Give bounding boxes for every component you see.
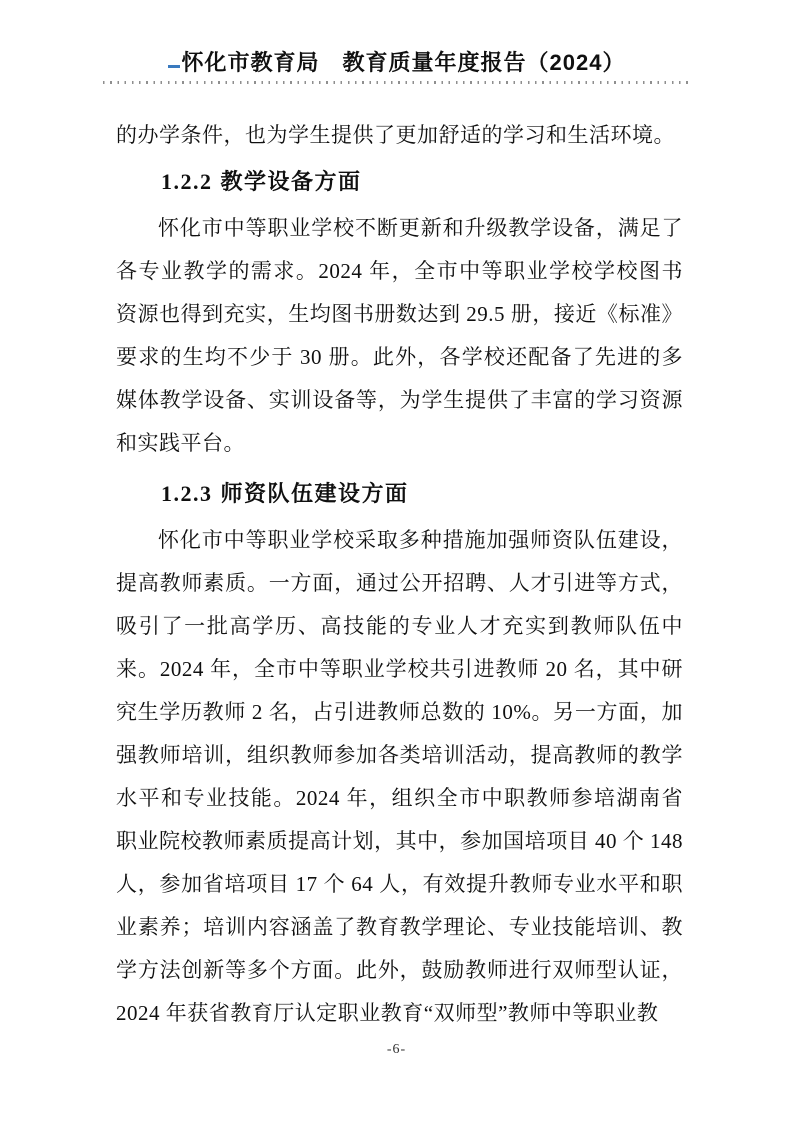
paragraph-line: 职业院校教师素质提高计划，其中，参加国培项目 40 个 148 [116, 820, 683, 863]
document-body: 的办学条件，也为学生提供了更加舒适的学习和生活环境。 1.2.2教学设备方面 怀… [116, 112, 683, 1035]
paragraph-line: 的办学条件，也为学生提供了更加舒适的学习和生活环境。 [116, 114, 683, 157]
page-number: -6- [387, 1042, 406, 1057]
paragraph-line: 要求的生均不少于 30 册。此外，各学校还配备了先进的多 [116, 336, 683, 379]
document-page: 怀化市教育局 教育质量年度报告（2024） 的办学条件，也为学生提供了更加舒适的… [0, 0, 793, 1122]
paragraph-line: 和实践平台。 [116, 422, 683, 465]
paragraph-line: 资源也得到充实，生均图书册数达到 29.5 册，接近《标准》 [116, 293, 683, 336]
paragraph-line: 怀化市中等职业学校采取多种措施加强师资队伍建设， [116, 519, 683, 562]
section-heading-1-2-3: 1.2.3师资队伍建设方面 [116, 471, 683, 517]
paragraph-continuation: 的办学条件，也为学生提供了更加舒适的学习和生活环境。 [116, 114, 683, 157]
paragraph-line: 怀化市中等职业学校不断更新和升级教学设备，满足了 [116, 207, 683, 250]
paragraph-line: 提高教师素质。一方面，通过公开招聘、人才引进等方式， [116, 562, 683, 605]
paragraph-line: 媒体教学设备、实训设备等，为学生提供了丰富的学习资源 [116, 379, 683, 422]
paragraph-line: 各专业教学的需求。2024 年，全市中等职业学校学校图书 [116, 250, 683, 293]
paragraph-line: 水平和专业技能。2024 年，组织全市中职教师参培湖南省 [116, 777, 683, 820]
section-heading-1-2-2: 1.2.2教学设备方面 [116, 159, 683, 205]
paragraph-line: 来。2024 年，全市中等职业学校共引进教师 20 名，其中研 [116, 648, 683, 691]
heading-title: 师资队伍建设方面 [221, 481, 409, 506]
paragraph-line: 人，参加省培项目 17 个 64 人，有效提升教师专业水平和职 [116, 863, 683, 906]
proofing-underline-mark [168, 65, 180, 68]
header-title: 怀化市教育局 教育质量年度报告（2024） [182, 50, 626, 75]
paragraph-line: 2024 年获省教育厅认定职业教育“双师型”教师中等职业教 [116, 992, 683, 1035]
paragraph-teaching-equipment: 怀化市中等职业学校不断更新和升级教学设备，满足了 各专业教学的需求。2024 年… [116, 207, 683, 465]
header-divider-rule [103, 81, 692, 84]
paragraph-teacher-workforce: 怀化市中等职业学校采取多种措施加强师资队伍建设， 提高教师素质。一方面，通过公开… [116, 519, 683, 1035]
paragraph-line: 学方法创新等多个方面。此外，鼓励教师进行双师型认证， [116, 949, 683, 992]
heading-number: 1.2.3 [161, 481, 213, 506]
heading-title: 教学设备方面 [221, 169, 362, 194]
page-footer: -6- [0, 1042, 793, 1058]
paragraph-line: 究生学历教师 2 名，占引进教师总数的 10%。另一方面，加 [116, 691, 683, 734]
heading-number: 1.2.2 [161, 169, 213, 194]
paragraph-line: 吸引了一批高学历、高技能的专业人才充实到教师队伍中 [116, 605, 683, 648]
page-header: 怀化市教育局 教育质量年度报告（2024） [0, 46, 793, 77]
paragraph-line: 强教师培训，组织教师参加各类培训活动，提高教师的教学 [116, 734, 683, 777]
paragraph-line: 业素养；培训内容涵盖了教育教学理论、专业技能培训、教 [116, 906, 683, 949]
